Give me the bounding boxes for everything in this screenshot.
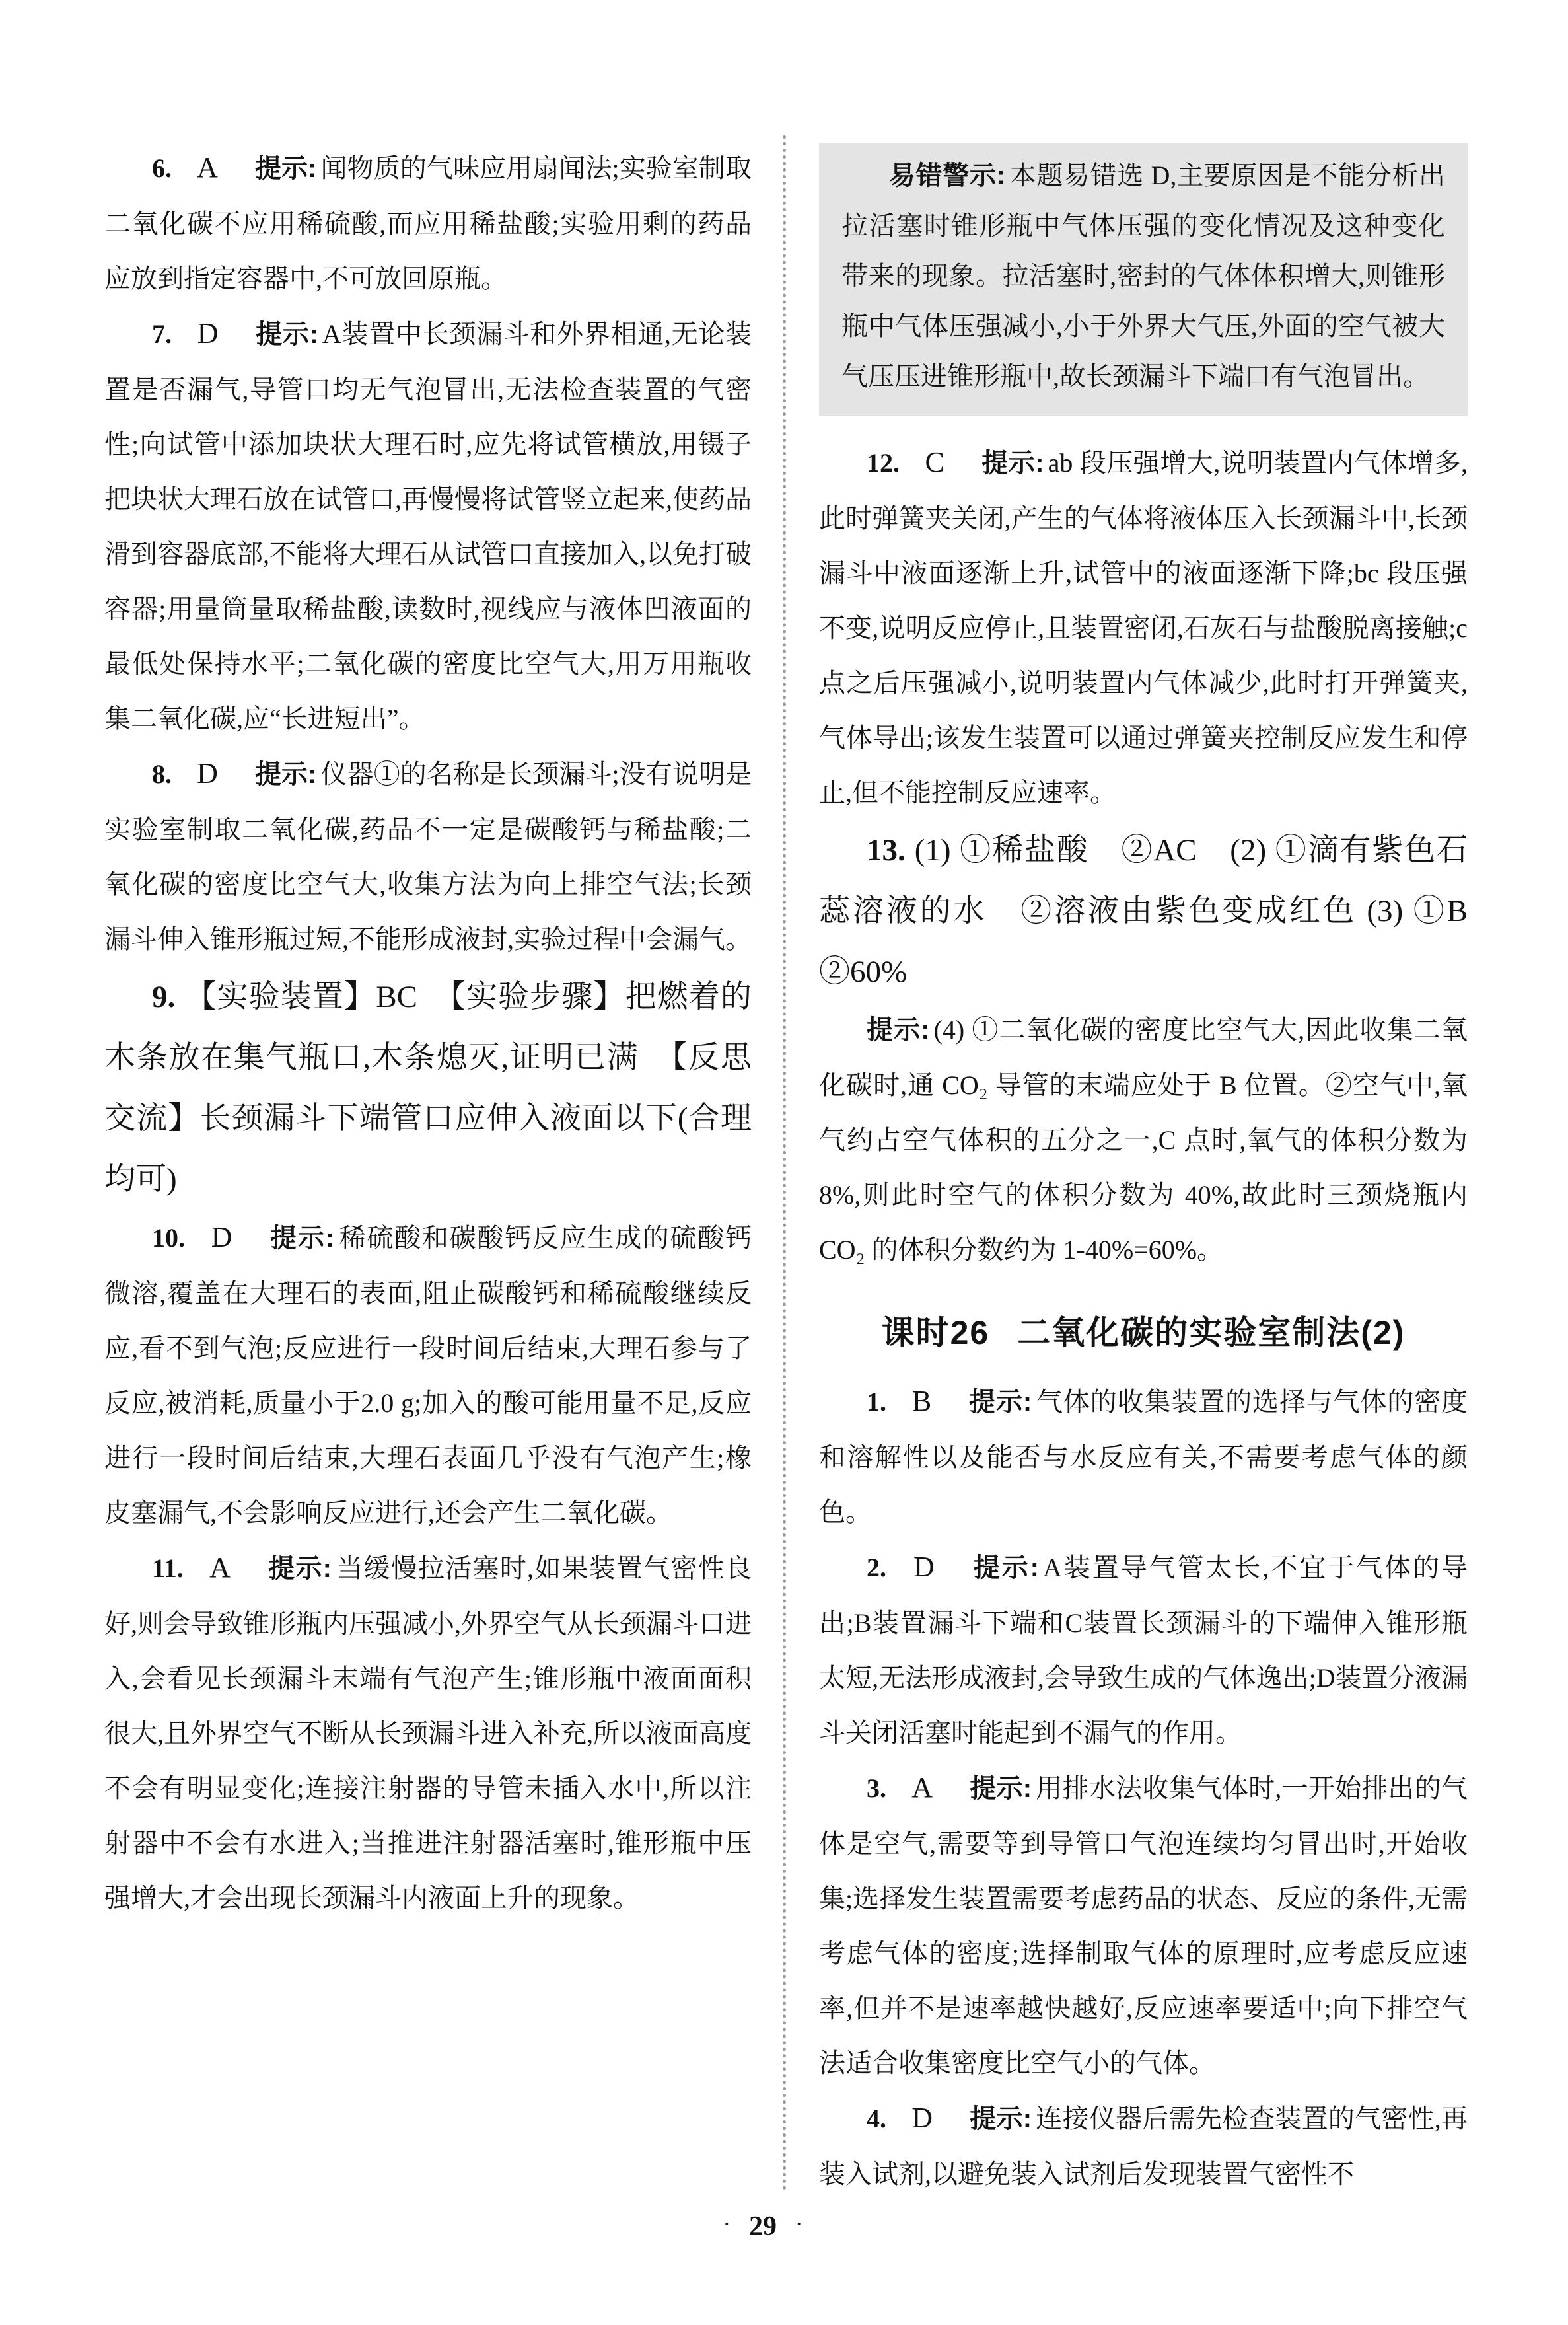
answer-letter: B (912, 1385, 931, 1417)
hint-text: A装置中长颈漏斗和外界相通,无论装置是否漏气,导管口均无气泡冒出,无法检查装置的… (104, 319, 752, 733)
answer-letter: D (197, 757, 218, 790)
answer-text: (1) ①稀盐酸 ②AC (2) ①滴有紫色石蕊溶液的水 ②溶液由紫色变成红色 … (819, 833, 1499, 989)
right-column: 易错警示:本题易错选 D,主要原因是不能分析出拉活塞时锥形瓶中气体压强的变化情况… (819, 140, 1468, 2201)
hint-text: 用排水法收集气体时,一开始排出的气体是空气,需要等到导管口气泡连续均匀冒出时,开… (819, 1773, 1468, 2078)
warning-paragraph: 易错警示:本题易错选 D,主要原因是不能分析出拉活塞时锥形瓶中气体压强的变化情况… (841, 151, 1445, 402)
footer-right-dot: · (795, 2212, 802, 2236)
hint-label: 提示: (270, 1224, 334, 1253)
warning-label: 易错警示: (889, 161, 1005, 190)
hint-label: 提示: (974, 1553, 1039, 1582)
warning-text: 本题易错选 D,主要原因是不能分析出拉活塞时锥形瓶中气体压强的变化情况及这种变化… (841, 161, 1445, 391)
hint-label: 提示: (256, 320, 318, 349)
warning-box: 易错警示:本题易错选 D,主要原因是不能分析出拉活塞时锥形瓶中气体压强的变化情况… (819, 143, 1468, 416)
hint-label: 提示: (867, 1015, 930, 1045)
answer-letter: A (911, 1771, 933, 1804)
left-column: 6. A 提示:闻物质的气味应用扇闻法;实验室制取二氧化碳不应用稀硫酸,而应用稀… (104, 140, 752, 1925)
hint-text: 稀硫酸和碳酸钙反应生成的硫酸钙微溶,覆盖在大理石的表面,阻止碳酸钙和稀硫酸继续反… (104, 1223, 752, 1528)
answer-item-4: 4. D 提示:连接仪器后需先检查装置的气密性,再装入试剂,以避免装入试剂后发现… (819, 2090, 1468, 2201)
item-number: 7. (152, 319, 172, 349)
answer-item-10: 10. D 提示:稀硫酸和碳酸钙反应生成的硫酸钙微溶,覆盖在大理石的表面,阻止碳… (104, 1210, 752, 1540)
lesson-number: 课时26 (882, 1314, 990, 1351)
hint-label: 提示: (255, 760, 317, 789)
answer-item-13: 13.(1) ①稀盐酸 ②AC (2) ①滴有紫色石蕊溶液的水 ②溶液由紫色变成… (819, 820, 1468, 1002)
answer-letter: A (209, 1551, 231, 1584)
answer-item-6: 6. A 提示:闻物质的气味应用扇闻法;实验室制取二氧化碳不应用稀硫酸,而应用稀… (104, 140, 752, 306)
hint-text: 当缓慢拉活塞时,如果装置气密性良好,则会导致锥形瓶内压强减小,外界空气从长颈漏斗… (104, 1553, 752, 1913)
hint-text: (4) ①二氧化碳的密度比空气大,因此收集二氧化碳时,通 CO₂ 导管的末端应处… (819, 1015, 1468, 1265)
answer-item-1: 1. B 提示:气体的收集装置的选择与气体的密度和溶解性以及能否与水反应有关,不… (819, 1374, 1468, 1539)
hint-label: 提示: (970, 1774, 1032, 1803)
hint-label: 提示: (969, 1387, 1032, 1417)
item-number: 1. (867, 1387, 886, 1417)
page-footer: ·29· (0, 2211, 1568, 2242)
answer-letter: C (925, 446, 944, 478)
hint-label: 提示: (255, 154, 317, 183)
item-number: 4. (867, 2104, 886, 2133)
section-heading: 课时26二氧化碳的实验室制法(2) (819, 1306, 1468, 1354)
item-number: 11. (152, 1553, 184, 1583)
item-number: 8. (152, 759, 172, 789)
hint-label: 提示: (268, 1554, 332, 1583)
item-number: 6. (152, 153, 172, 183)
answer-item-3: 3. A 提示:用排水法收集气体时,一开始排出的气体是空气,需要等到导管口气泡连… (819, 1760, 1468, 2090)
answer-letter: D (911, 2102, 933, 2134)
column-divider (783, 135, 786, 2192)
answer-key-page: 6. A 提示:闻物质的气味应用扇闻法;实验室制取二氧化碳不应用稀硫酸,而应用稀… (0, 0, 1568, 2325)
hint-label: 提示: (981, 449, 1044, 478)
item-number: 3. (867, 1773, 886, 1803)
item-number: 2. (867, 1553, 886, 1582)
hint-text: ab 段压强增大,说明装置内气体增多,此时弹簧夹关闭,产生的气体将液体压入长颈漏… (819, 448, 1468, 807)
answer-item-7: 7. D 提示:A装置中长颈漏斗和外界相通,无论装置是否漏气,导管口均无气泡冒出… (104, 306, 752, 746)
answer-item-8: 8. D 提示:仪器①的名称是长颈漏斗;没有说明是实验室制取二氧化碳,药品不一定… (104, 746, 752, 967)
item-number: 10. (152, 1223, 185, 1253)
answer-text: 【实验装置】BC 【实验步骤】把燃着的木条放在集气瓶口,木条熄灭,证明已满 【反… (104, 980, 752, 1197)
page-number-group: ·29· (705, 2211, 822, 2242)
answer-item-12: 12. C 提示:ab 段压强增大,说明装置内气体增多,此时弹簧夹关闭,产生的气… (819, 435, 1468, 820)
page-number: 29 (749, 2211, 777, 2242)
answer-letter: D (913, 1551, 935, 1583)
answer-item-9: 9.【实验装置】BC 【实验步骤】把燃着的木条放在集气瓶口,木条熄灭,证明已满 … (104, 967, 752, 1210)
answer-item-11: 11. A 提示:当缓慢拉活塞时,如果装置气密性良好,则会导致锥形瓶内压强减小,… (104, 1540, 752, 1925)
answer-item-13-hint: 提示:(4) ①二氧化碳的密度比空气大,因此收集二氧化碳时,通 CO₂ 导管的末… (819, 1002, 1468, 1277)
answer-letter: D (211, 1221, 232, 1253)
answer-item-2: 2. D 提示:A装置导气管太长,不宜于气体的导出;B装置漏斗下端和C装置长颈漏… (819, 1539, 1468, 1760)
hint-label: 提示: (970, 2104, 1032, 2133)
answer-letter: A (197, 151, 218, 184)
lesson-title: 二氧化碳的实验室制法(2) (1017, 1314, 1405, 1351)
item-number: 13. (867, 833, 906, 867)
item-number: 12. (867, 448, 900, 478)
answer-letter: D (197, 317, 219, 350)
item-number: 9. (152, 980, 175, 1014)
footer-left-dot: · (723, 2212, 731, 2236)
